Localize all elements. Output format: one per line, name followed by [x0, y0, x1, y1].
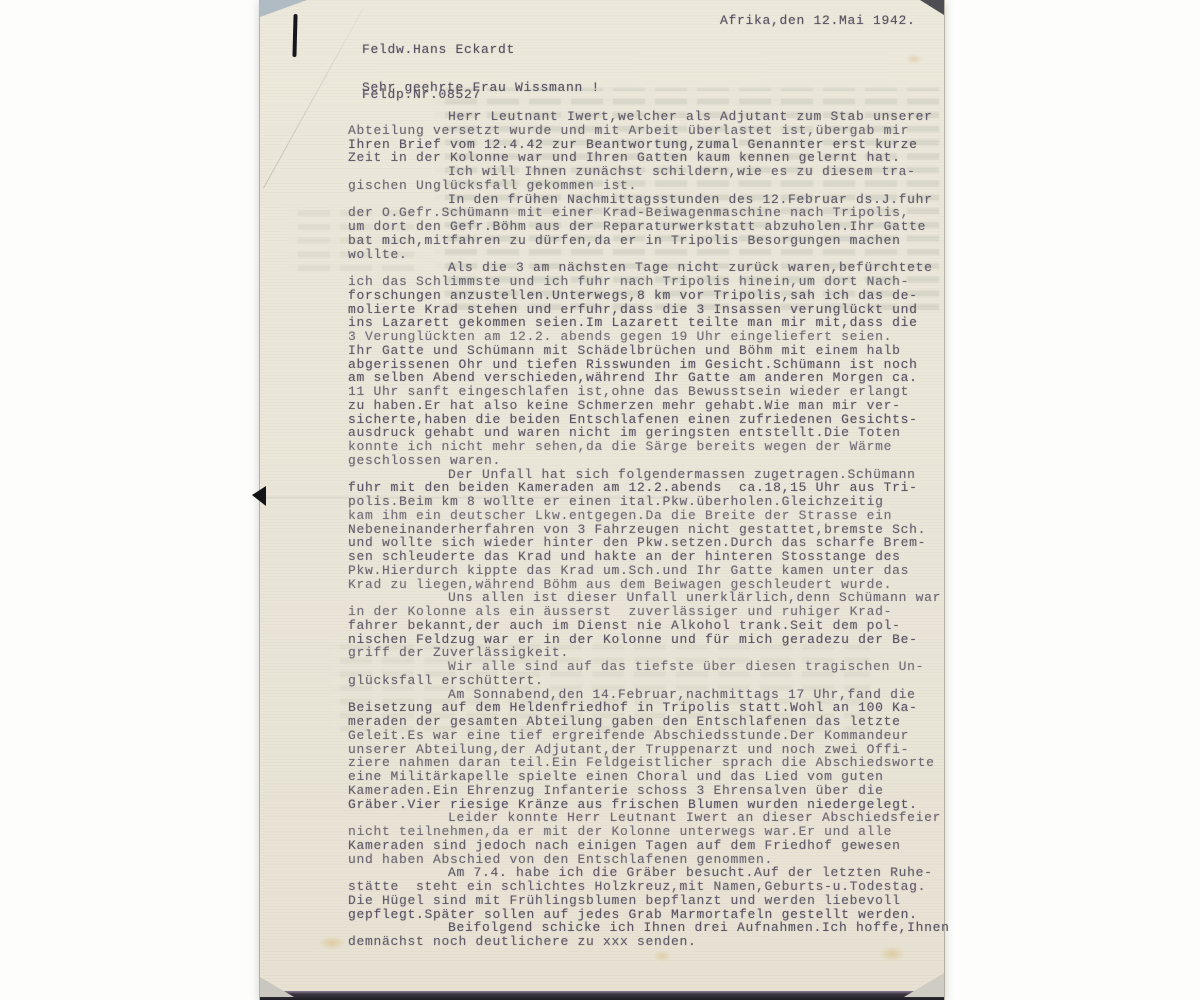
letter-line: Herr Leutnant Iwert,welcher als Adjutant…: [348, 110, 948, 124]
letter-line: nicht teilnehmen,da er mit der Kolonne u…: [348, 825, 948, 839]
scan-edge-shadow: [260, 991, 944, 1000]
letter-line: polis.Beim km 8 wollte er einen ital.Pkw…: [348, 495, 948, 509]
letter-line: und haben Abschied von den Entschlafenen…: [348, 853, 948, 867]
salutation: Sehr geehrte Frau Wissmann !: [362, 80, 600, 95]
letter-line: konnte ich nicht mehr sehen,da die Särge…: [348, 440, 948, 454]
letter-line: sen schleuderte das Krad und hakte an de…: [348, 550, 948, 564]
letter-line: Der Unfall hat sich folgendermassen zuge…: [348, 468, 948, 482]
letter-sheet: Feldw.Hans Eckardt Feldp.Nr.08527 Afrika…: [259, 0, 945, 1000]
folded-corner: [260, 977, 294, 997]
letter-line: gepflegt.Später sollen auf jedes Grab Ma…: [348, 908, 948, 922]
letter-line: der O.Gefr.Schümann mit einer Krad-Beiwa…: [348, 206, 948, 220]
letter-line: meraden der gesamten Abteilung gaben den…: [348, 715, 948, 729]
letter-line: geschlossen waren.: [348, 454, 948, 468]
letter-line: stätte steht ein schlichtes Holzkreuz,mi…: [348, 880, 948, 894]
letter-line: Zeit in der Kolonne war und Ihren Gatten…: [348, 151, 948, 165]
letter-line: kam ihm ein deutscher Lkw.entgegen.Da di…: [348, 509, 948, 523]
letter-line: um dort den Gefr.Böhm aus der Reparaturw…: [348, 220, 948, 234]
letter-line: bat mich,mitfahren zu dürfen,da er in Tr…: [348, 234, 948, 248]
letter-line: zu haben.Er hat also keine Schmerzen meh…: [348, 399, 948, 413]
clipped-corner: [920, 0, 944, 15]
letter-line: in der Kolonne als ein äusserst zuverläs…: [348, 605, 948, 619]
paper-tear: [252, 486, 266, 506]
letter-line: eine Militärkapelle spielte einen Choral…: [348, 770, 948, 784]
letter-line: molierte Krad stehen und erfuhr,dass die…: [348, 303, 948, 317]
letter-line: Kameraden.Ein Ehrenzug Infanterie schoss…: [348, 784, 948, 798]
letter-line: In den frühen Nachmittagsstunden des 12.…: [348, 193, 948, 207]
letter-line: Gräber.Vier riesige Kränze aus frischen …: [348, 798, 948, 812]
letter-line: Ich will Ihnen zunächst schildern,wie es…: [348, 165, 948, 179]
letter-line: ausdruck gehabt und waren nicht im gerin…: [348, 426, 948, 440]
dateline: Afrika,den 12.Mai 1942.: [720, 13, 916, 28]
letter-line: wollte.: [348, 248, 948, 262]
letter-line: 3 Verunglückten am 12.2. abends gegen 19…: [348, 330, 948, 344]
letter-line: fuhr mit den beiden Kameraden am 12.2.ab…: [348, 481, 948, 495]
pen-mark: [292, 14, 297, 57]
letter-line: Uns allen ist dieser Unfall unerklärlich…: [348, 591, 948, 605]
letter-line: Nebeneinanderherfahren von 3 Fahrzeugen …: [348, 523, 948, 537]
letter-line: Die Hügel sind mit Frühlingsblumen bepfl…: [348, 894, 948, 908]
folded-corner: [260, 0, 307, 17]
letter-line: Wir alle sind auf das tiefste über diese…: [348, 660, 948, 674]
letter-line: forschungen anzustellen.Unterwegs,8 km v…: [348, 289, 948, 303]
letter-line: Beifolgend schicke ich Ihnen drei Aufnah…: [348, 921, 948, 935]
letter-line: glücksfall erschüttert.: [348, 674, 948, 688]
letter-line: ins Lazarett gekommen seien.Im Lazarett …: [348, 316, 948, 330]
letter-line: und wollte sich wieder hinter den Pkw.se…: [348, 536, 948, 550]
letter-line: Am 7.4. habe ich die Gräber besucht.Auf …: [348, 866, 948, 880]
letter-line: nischen Feldzug war er in der Kolonne un…: [348, 633, 948, 647]
folded-corner: [904, 973, 944, 997]
letter-line: Abteilung versetzt wurde und mit Arbeit …: [348, 124, 948, 138]
letter-line: Ihr Gatte und Schümann mit Schädelbrüche…: [348, 344, 948, 358]
paper-stain: [652, 950, 672, 962]
letter-line: griff der Zuverlässigkeit.: [348, 646, 948, 660]
letter-line: Geleit.Es war eine tief ergreifende Absc…: [348, 729, 948, 743]
letter-line: Als die 3 am nächsten Tage nicht zurück …: [348, 261, 948, 275]
paper-stain: [906, 54, 922, 64]
letter-line: am selben Abend verschieden,während Ihr …: [348, 371, 948, 385]
letter-line: Krad zu liegen,während Böhm aus dem Beiw…: [348, 578, 948, 592]
letter-line: Leider konnte Herr Leutnant Iwert an die…: [348, 811, 948, 825]
letter-line: abgerissenen Ohr und tiefen Risswunden i…: [348, 358, 948, 372]
sender-name: Feldw.Hans Eckardt: [362, 43, 515, 58]
letter-line: fahrer bekannt,der auch im Dienst nie Al…: [348, 619, 948, 633]
letter-line: ich das Schlimmste und ich fuhr nach Tri…: [348, 275, 948, 289]
letter-line: Ihren Brief vom 12.4.42 zur Beantwortung…: [348, 138, 948, 152]
letter-line: demnächst noch deutlichere zu xxx senden…: [348, 935, 948, 949]
letter-body: Herr Leutnant Iwert,welcher als Adjutant…: [348, 110, 948, 949]
letter-line: Pkw.Hierdurch kippte das Krad um.Sch.und…: [348, 564, 948, 578]
letter-line: 11 Uhr sanft eingeschlafen ist,ohne das …: [348, 385, 948, 399]
letter-line: Beisetzung auf dem Heldenfriedhof in Tri…: [348, 701, 948, 715]
letter-line: sicherte,haben die beiden Entschlafenen …: [348, 413, 948, 427]
paper-stain: [318, 936, 346, 950]
letter-line: ziere nahmen daran teil.Ein Feldgeistlic…: [348, 756, 948, 770]
letter-line: gischen Unglücksfall gekommen ist.: [348, 179, 948, 193]
letter-line: Kameraden sind jedoch nach einigen Tagen…: [348, 839, 948, 853]
letter-line: unserer Abteilung,der Adjutant,der Trupp…: [348, 743, 948, 757]
letter-line: Am Sonnabend,den 14.Februar,nachmittags …: [348, 688, 948, 702]
